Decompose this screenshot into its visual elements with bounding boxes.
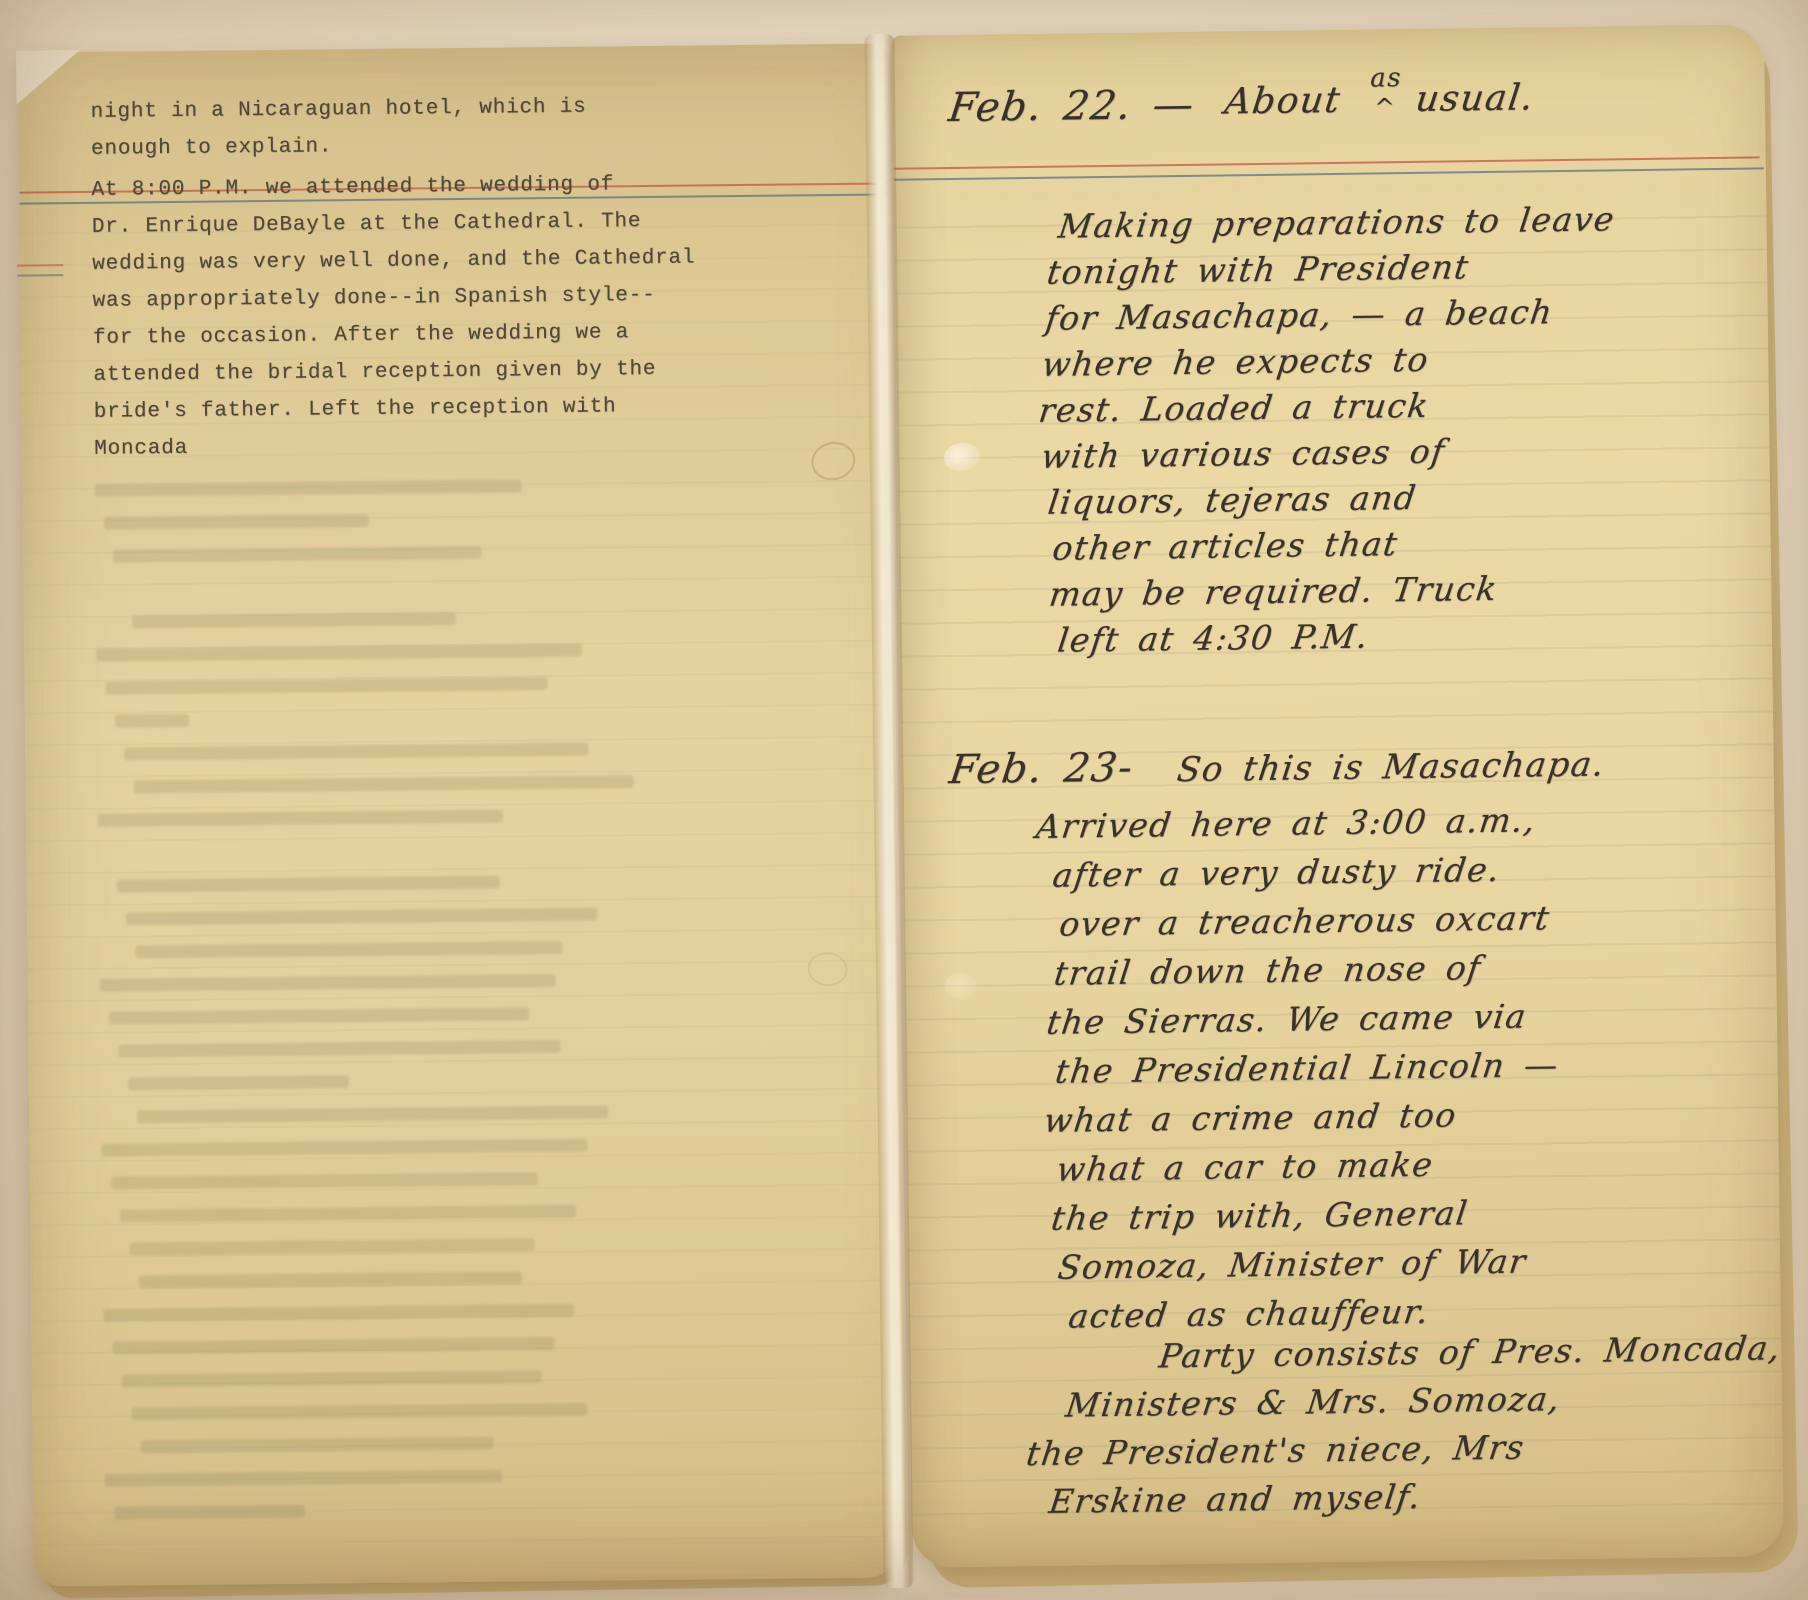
entry-feb23-header: Feb. 23- So this is Masachapa. (949, 739, 1605, 794)
handwritten-line-6: with various cases of (1039, 426, 1621, 480)
handwritten-line-5: rest. Loaded a truck (1036, 380, 1620, 434)
handwritten-line-2: after a very dusty ride. (1050, 844, 1560, 900)
bleed-through-line (109, 1007, 529, 1024)
bleed-through-line (104, 514, 369, 530)
entry-feb23-first-line: So this is Masachapa. (1174, 738, 1608, 790)
left-page: night in a Nicaraguan hotel, which iseno… (18, 43, 902, 1586)
handwritten-line-8: what a car to make (1054, 1138, 1564, 1194)
handwritten-line-10: Somoza, Minister of War (1055, 1236, 1565, 1292)
handwritten-line-9: may be required. Truck (1046, 564, 1622, 618)
handwritten-line-7: what a crime and too (1041, 1089, 1563, 1145)
bleed-through-line (135, 941, 562, 958)
handwritten-line-4: trail down the nose of (1051, 942, 1561, 998)
typed-line-4: was appropriately done--in Spanish style… (92, 277, 695, 320)
handwritten-line-1: Party consists of Pres. Moncada, (1156, 1324, 1784, 1380)
bleed-through-line (100, 974, 556, 992)
typed-line-3: wedding was very well done, and the Cath… (92, 240, 695, 283)
entry-feb22-date: Feb. 22. — (946, 82, 1197, 131)
bleed-through-line (115, 714, 189, 728)
bleed-through-line (112, 1337, 554, 1355)
entry-feb22-body: Making preparations to leavetonight with… (1044, 196, 1620, 663)
bleed-through-line (124, 743, 588, 761)
bleed-through-line (129, 1238, 534, 1255)
bleed-through-line (96, 644, 582, 662)
bleed-through-line (118, 1040, 560, 1058)
bleed-through-line (141, 1437, 494, 1454)
entry-feb23-body: Arrived here at 3:00 a.m.,after a very d… (1052, 795, 1562, 1341)
bleed-through-line (105, 1470, 503, 1487)
bleed-through-line (137, 1105, 608, 1123)
bleed-through-line (134, 775, 635, 793)
caret-mark: ^ (1374, 93, 1396, 121)
photo-of-diary-spread: night in a Nicaraguan hotel, which iseno… (0, 0, 1808, 1600)
bleed-through-text (87, 476, 834, 1550)
handwritten-line-3: over a treacherous oxcart (1057, 893, 1561, 949)
entry-feb22-header: Feb. 22. — About as ^ usual. (949, 77, 1535, 131)
bleed-through-line (122, 1370, 542, 1387)
bleed-through-line (98, 810, 503, 827)
party-list-paragraph: Party consists of Pres. Moncada,Minister… (1059, 1324, 1783, 1525)
bleed-through-line (126, 908, 597, 926)
typed-line-2: enough to explain. (91, 126, 587, 168)
typed-paragraph-1: night in a Nicaraguan hotel, which iseno… (90, 89, 587, 168)
bleed-through-line (101, 1139, 587, 1157)
bleed-through-line (132, 612, 456, 628)
caret-insertion: as ^ (1370, 63, 1402, 93)
handwritten-line-10: left at 4:30 P.M. (1055, 610, 1623, 663)
bleed-through-line (128, 1075, 349, 1090)
typed-line-5: for the occasion. After the wedding we a (93, 314, 696, 357)
bleed-through-line (103, 1304, 574, 1322)
typed-line-2: Dr. Enrique DeBayle at the Cathedral. Th… (92, 203, 695, 246)
handwritten-line-4: Erskine and myself. (1046, 1468, 1786, 1526)
bleed-through-line (117, 876, 500, 893)
handwritten-line-9: the trip with, General (1048, 1187, 1564, 1243)
handwritten-line-4: where he expects to (1039, 334, 1619, 388)
handwritten-line-6: the Presidential Lincoln — (1052, 1040, 1562, 1096)
right-page-red-rule-line (894, 156, 1760, 169)
bleed-through-line (111, 1172, 538, 1189)
handwritten-line-5: the Sierras. We came via (1044, 991, 1562, 1047)
typed-line-7: bride's father. Left the reception with (94, 387, 697, 430)
entry-feb23-date: Feb. 23- (947, 745, 1137, 793)
bleed-through-line (114, 1505, 305, 1520)
handwritten-line-2: tonight with President (1044, 242, 1618, 296)
handwritten-line-8: other articles that (1050, 518, 1622, 571)
typed-line-8: Moncada (94, 424, 697, 467)
entry-feb22-word-usual: usual. (1414, 77, 1537, 120)
handwritten-line-7: liquors, tejeras and (1045, 472, 1621, 526)
typed-line-6: attended the bridal reception given by t… (93, 351, 696, 394)
handwritten-line-1: Making preparations to leave (1056, 196, 1618, 249)
right-page: Feb. 22. — About as ^ usual. Making prep… (892, 24, 1784, 1567)
typed-line-1: At 8:00 P.M. we attended the wedding of (91, 166, 694, 209)
bleed-through-line (131, 1403, 587, 1421)
typed-line-1: night in a Nicaraguan hotel, which is (90, 89, 586, 131)
inserted-word-as: as (1370, 63, 1402, 93)
entry-feb22-word-about: About (1222, 80, 1343, 123)
bleed-through-line (120, 1205, 576, 1223)
handwritten-line-1: Arrived here at 3:00 a.m., (1033, 795, 1559, 851)
typed-paragraph-2: At 8:00 P.M. we attended the wedding ofD… (91, 166, 697, 468)
bleed-through-line (106, 677, 548, 695)
handwritten-line-3: for Masachapa, — a beach (1043, 288, 1619, 342)
right-page-blue-rule-line (894, 167, 1764, 180)
left-page-cut-corner (16, 50, 81, 105)
bleed-through-line (139, 1271, 522, 1288)
bleed-through-line (113, 546, 481, 563)
